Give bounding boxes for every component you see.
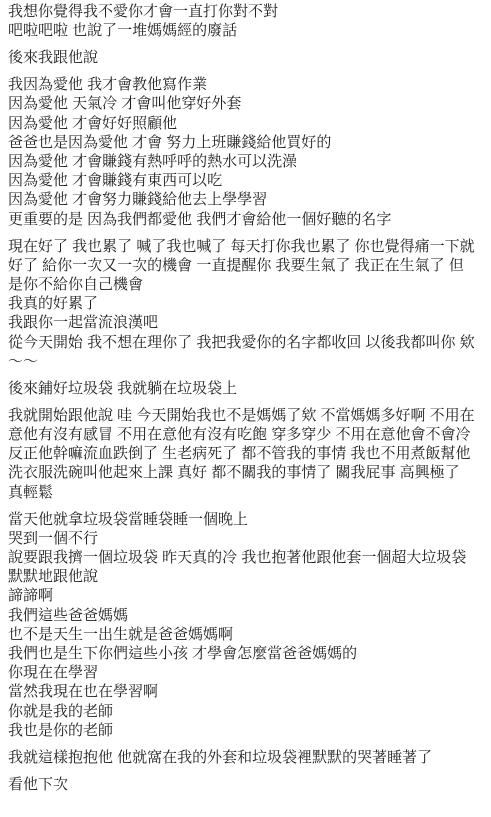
post-paragraph-8: 我就這樣抱抱他 他就窩在我的外套和垃圾袋裡默默的哭著睡著了 — [8, 748, 483, 767]
post-paragraph-3: 我因為愛他 我才會教他寫作業 因為愛他 天氣冷 才會叫他穿好外套 因為愛他 才會… — [8, 75, 483, 229]
post-paragraph-6: 我就開始跟他說 哇 今天開始我也不是媽媽了欸 不當媽媽多好啊 不用在 意他有沒有… — [8, 406, 483, 502]
post-paragraph-2: 後來我跟他說 — [8, 48, 483, 67]
post-paragraph-1: 我想你覺得我不愛你才會一直打你對不對 吧啦吧啦 也說了一堆媽媽經的廢話 — [8, 2, 483, 40]
post-paragraph-9: 看他下次 — [8, 775, 483, 794]
post-paragraph-7: 當天他就拿垃圾袋當睡袋睡一個晚上 哭到一個不行 說要跟我擠一個垃圾袋 昨天真的冷… — [8, 510, 483, 740]
post-body: 我想你覺得我不愛你才會一直打你對不對 吧啦吧啦 也說了一堆媽媽經的廢話 後來我跟… — [0, 0, 491, 794]
post-paragraph-4: 現在好了 我也累了 喊了我也喊了 每天打你我也累了 你也覺得痛一下就 好了 給你… — [8, 237, 483, 371]
post-paragraph-5: 後來鋪好垃圾袋 我就躺在垃圾袋上 — [8, 379, 483, 398]
